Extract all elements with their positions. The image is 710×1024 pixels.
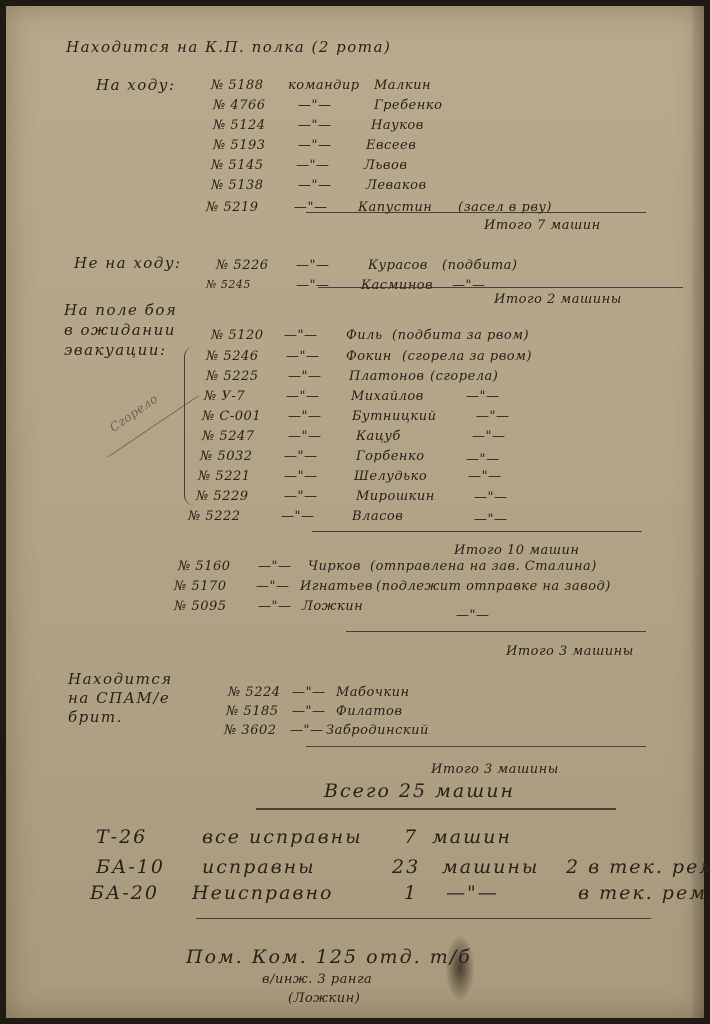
row-note: (подбита): [442, 258, 517, 273]
summary-type: БА-10: [96, 856, 165, 878]
row-num: № 5246: [206, 349, 259, 364]
row-name: Бутницкий: [352, 409, 436, 424]
section-3-total: Итого 10 машин: [454, 543, 579, 558]
row-num: № 5226: [216, 258, 269, 273]
section-1-total: Итого 7 машин: [484, 218, 601, 233]
row-role: —"—: [284, 449, 317, 464]
row-name: Забродинский: [326, 723, 429, 738]
handwritten-signature: [446, 936, 474, 1000]
row-num: № 5185: [226, 704, 279, 719]
row-name: Игнатьев: [300, 579, 373, 594]
grand-total: Всего 25 машин: [324, 780, 515, 802]
row-note: —"—: [476, 409, 509, 424]
row-num: № 4766: [213, 98, 266, 113]
row-role: —"—: [292, 704, 325, 719]
row-role: —"—: [296, 278, 329, 293]
row-num: № С-001: [202, 409, 261, 424]
row-name: Чирков: [308, 559, 361, 574]
row-num: № 5224: [228, 685, 281, 700]
row-role: —"—: [298, 178, 331, 193]
row-name: Касминов: [361, 278, 433, 293]
row-role: —"—: [288, 369, 321, 384]
total-divider: [306, 212, 646, 213]
row-num: № 5222: [188, 509, 241, 524]
signature-rank: в/инж. 3 ранга: [262, 972, 372, 987]
row-role: —"—: [284, 469, 317, 484]
section-5-heading: Находится на СПАМ/е брит.: [68, 670, 178, 727]
row-num: № 5225: [206, 369, 259, 384]
row-num: № 5245: [206, 278, 251, 291]
section-4-total: Итого 3 машины: [506, 644, 634, 659]
row-note: —"—: [466, 452, 499, 467]
row-role: —"—: [286, 349, 319, 364]
row-num: № 5170: [174, 579, 227, 594]
summary-count: 23: [392, 856, 420, 878]
row-num: № 5247: [202, 429, 255, 444]
summary-unit: —"—: [446, 882, 499, 904]
row-role: —"—: [296, 158, 329, 173]
row-role: —"—: [298, 118, 331, 133]
row-name: Мирошкин: [356, 489, 435, 504]
row-note: (сгорела): [430, 369, 498, 384]
summary-type: БА-20: [90, 882, 159, 904]
row-role: —"—: [288, 409, 321, 424]
row-name: Леваков: [366, 178, 427, 193]
summary-count: 7: [404, 826, 418, 848]
row-note: —"—: [474, 512, 507, 527]
signature-title: Пом. Ком. 125 отд. т/б: [186, 946, 472, 968]
total-divider: [306, 746, 646, 747]
summary-status: исправны: [202, 856, 316, 878]
row-name: Гребенко: [374, 98, 442, 113]
section-1-subheading: На ходу:: [96, 76, 176, 94]
row-name: Мабочкин: [336, 685, 410, 700]
row-name: Филь: [346, 328, 383, 343]
row-num: № 5221: [198, 469, 251, 484]
row-role: —"—: [256, 579, 289, 594]
total-divider: [346, 631, 646, 632]
row-note: (подбита за рвом): [392, 328, 529, 343]
signature-divider: [196, 918, 651, 919]
row-num: № 5032: [200, 449, 253, 464]
total-divider: [318, 287, 683, 288]
row-num: № 5229: [196, 489, 249, 504]
row-note: —"—: [466, 389, 499, 404]
signature-name: (Ложкин): [288, 991, 360, 1006]
row-name: Кацуб: [356, 429, 401, 444]
row-name: Ложкин: [302, 599, 363, 614]
row-role: —"—: [281, 509, 314, 524]
row-note: —"—: [472, 429, 505, 444]
grand-total-underline: [256, 808, 616, 810]
row-name: Горбенко: [356, 449, 425, 464]
row-role: командир: [288, 78, 360, 93]
row-name: Шелудько: [354, 469, 427, 484]
row-name: Малкин: [374, 78, 431, 93]
row-num: № 5188: [211, 78, 264, 93]
row-name: Власов: [352, 509, 403, 524]
row-role: —"—: [292, 685, 325, 700]
summary-note: 2 в тек. рем.: [566, 856, 710, 878]
row-num: № 5193: [213, 138, 266, 153]
row-role: —"—: [258, 559, 291, 574]
summary-unit: машин: [432, 826, 512, 848]
summary-unit: машины: [442, 856, 539, 878]
summary-status: Неисправно: [192, 882, 333, 904]
row-name: Платонов: [349, 369, 424, 384]
row-note: (сгорела за рвом): [402, 349, 532, 364]
row-role: —"—: [290, 723, 323, 738]
row-role: —"—: [288, 429, 321, 444]
row-num: № 5120: [211, 328, 264, 343]
row-name: Евсеев: [366, 138, 416, 153]
summary-count: 1: [404, 882, 418, 904]
row-role: —"—: [258, 599, 291, 614]
row-role: —"—: [298, 138, 331, 153]
row-note: —"—: [456, 608, 489, 623]
row-note: —"—: [468, 469, 501, 484]
summary-type: Т-26: [96, 826, 147, 848]
row-role: —"—: [298, 98, 331, 113]
row-num: № 5160: [178, 559, 231, 574]
section-2-total: Итого 2 машины: [494, 292, 622, 307]
row-role: —"—: [284, 489, 317, 504]
total-divider: [312, 531, 642, 532]
row-num: № У-7: [204, 389, 245, 404]
row-num: № 3602: [224, 723, 277, 738]
row-name: Курасов: [368, 258, 428, 273]
row-note: (подлежит отправке на завод): [376, 579, 611, 594]
row-note: (отправлена на зав. Сталина): [370, 559, 597, 574]
document-sheet: Находится на К.П. полка (2 рота) На ходу…: [6, 6, 704, 1018]
row-role: —"—: [296, 258, 329, 273]
summary-status: все исправны: [202, 826, 363, 848]
row-num: № 5219: [206, 200, 259, 215]
section-3-heading: На поле боя в ожидании эвакуации:: [64, 300, 184, 360]
row-num: № 5095: [174, 599, 227, 614]
row-note: —"—: [452, 278, 485, 293]
row-role: —"—: [286, 389, 319, 404]
margin-note: Сгорело: [107, 391, 161, 434]
row-num: № 5138: [211, 178, 264, 193]
row-num: № 5124: [213, 118, 266, 133]
row-name: Фокин: [346, 349, 392, 364]
row-name: Науков: [371, 118, 424, 133]
row-name: Филатов: [336, 704, 402, 719]
section-5-total: Итого 3 машины: [431, 762, 559, 777]
row-name: Михайлов: [351, 389, 424, 404]
row-role: —"—: [284, 328, 317, 343]
section-2-subheading: Не на ходу:: [74, 254, 182, 272]
row-num: № 5145: [211, 158, 264, 173]
section-1-heading: Находится на К.П. полка (2 рота): [66, 38, 391, 56]
summary-note: в тек. рем.: [578, 882, 710, 904]
row-note: —"—: [474, 490, 507, 505]
row-name: Львов: [364, 158, 407, 173]
bracket: [184, 346, 195, 506]
